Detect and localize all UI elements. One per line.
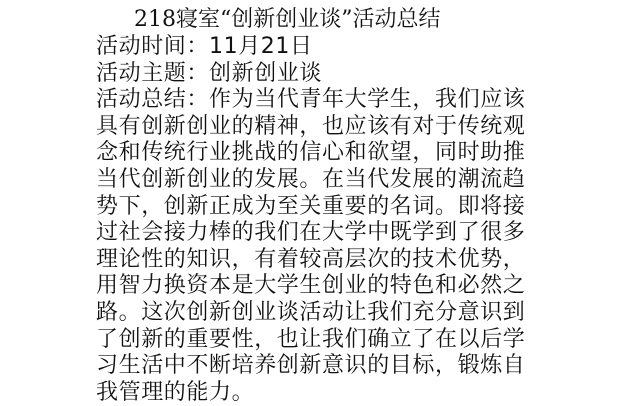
summary-line: 了创新的重要性，也让我们确立了在以后学 xyxy=(96,327,546,354)
field-label: 活动主题： xyxy=(96,61,209,86)
field-value: 创新创业谈 xyxy=(209,61,322,86)
field-activity-time: 活动时间：11月21日 xyxy=(96,34,546,61)
activity-summary-document: 218寝室“创新创业谈”活动总结 活动时间：11月21日 活动主题：创新创业谈 … xyxy=(96,6,546,406)
summary-line: 势下，创新正成为至关重要的名词。即将接 xyxy=(96,194,546,221)
summary-line: 用智力换资本是大学生创业的特色和必然之 xyxy=(96,273,546,300)
summary-line: 具有创新创业的精神，也应该有对于传统观 xyxy=(96,114,546,141)
field-activity-theme: 活动主题：创新创业谈 xyxy=(96,61,546,88)
summary-line: 习生活中不断培养创新意识的目标，锻炼自 xyxy=(96,353,546,380)
document-title: 218寝室“创新创业谈”活动总结 xyxy=(96,6,546,34)
summary-line: 活动总结：作为当代青年大学生，我们应该 xyxy=(96,87,546,114)
summary-label: 活动总结： xyxy=(96,87,209,112)
field-label: 活动时间： xyxy=(96,34,209,59)
summary-line: 理论性的知识，有着较高层次的技术优势， xyxy=(96,247,546,274)
field-value: 11月21日 xyxy=(209,34,313,59)
summary-line: 我管理的能力。 xyxy=(96,380,546,406)
summary-line: 路。这次创新创业谈活动让我们充分意识到 xyxy=(96,300,546,327)
summary-line: 念和传统行业挑战的信心和欲望，同时助推 xyxy=(96,140,546,167)
summary-text: 作为当代青年大学生，我们应该 xyxy=(209,87,525,112)
summary-line: 过社会接力棒的我们在大学中既学到了很多 xyxy=(96,220,546,247)
summary-line: 当代创新创业的发展。在当代发展的潮流趋 xyxy=(96,167,546,194)
